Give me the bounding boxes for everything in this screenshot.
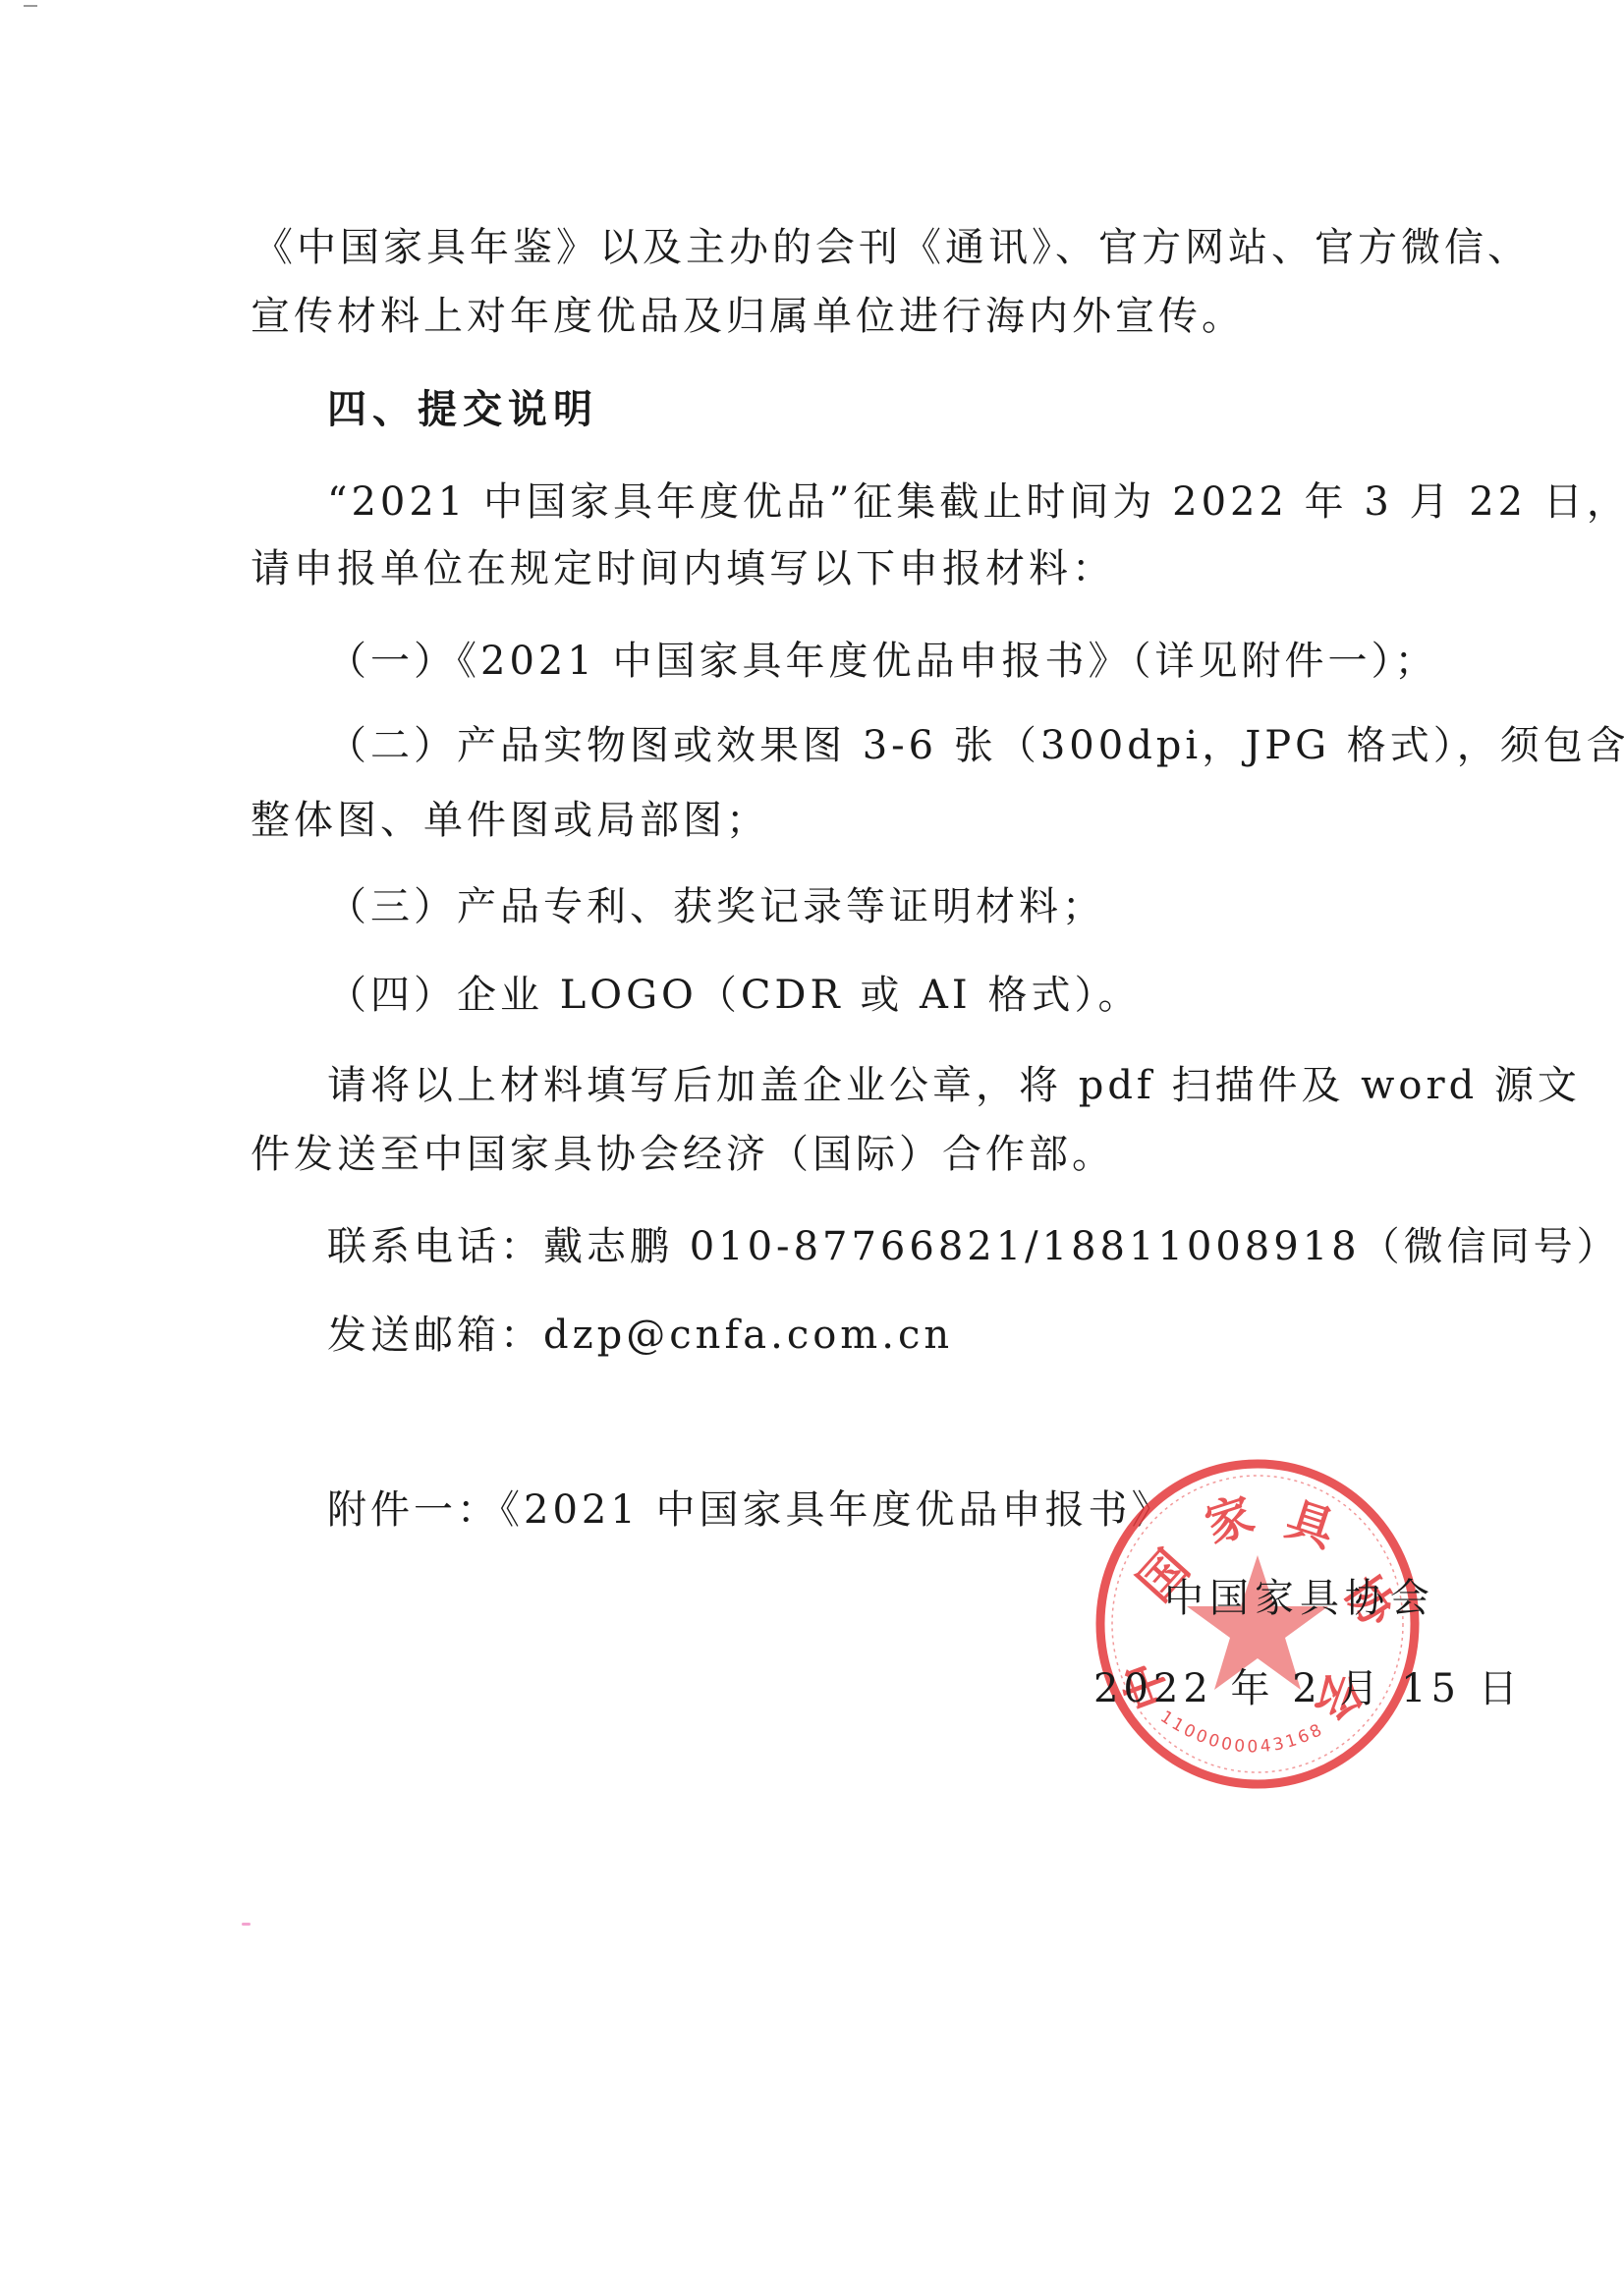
attachment-reference: 附件一：《2021 中国家具年度优品申报书》 [327, 1485, 1175, 1535]
paragraph-publicity-line-1: 《中国家具年鉴》以及主办的会刊《通讯》、官方网站、官方微信、 [253, 223, 1531, 272]
contact-email: 发送邮箱：dzp@cnfa.com.cn [327, 1311, 953, 1360]
svg-text:家: 家 [1199, 1487, 1260, 1554]
list-item-application-form: （一）《2021 中国家具年度优品申报书》（详见附件一）； [327, 637, 1438, 686]
svg-text:具: 具 [1279, 1491, 1343, 1559]
signature-date: 2022 年 2 月 15 日 [1093, 1664, 1523, 1713]
paragraph-deadline-line-2: 请申报单位在规定时间内填写以下申报材料： [251, 544, 1115, 593]
paragraph-submit-line-2: 件发送至中国家具协会经济（国际）合作部。 [251, 1130, 1115, 1179]
paragraph-submit-line-1: 请将以上材料填写后加盖企业公章，将 pdf 扫描件及 word 源文 [327, 1061, 1581, 1110]
section-heading-submission: 四、提交说明 [327, 385, 598, 434]
scan-artifact [24, 5, 37, 7]
svg-text:1100000043168: 1100000043168 [1156, 1707, 1327, 1758]
scan-artifact [242, 1923, 251, 1926]
list-item-logo: （四）企业 LOGO（CDR 或 AI 格式）。 [327, 971, 1141, 1020]
list-item-patents: （三）产品专利、获奖记录等证明材料； [327, 882, 1105, 931]
list-item-product-images-line-1: （二）产品实物图或效果图 3-6 张（300dpi，JPG 格式），须包含 [327, 721, 1624, 770]
paragraph-publicity-line-2: 宣传材料上对年度优品及归属单位进行海内外宣传。 [251, 292, 1245, 341]
paragraph-deadline-line-1: “2021 中国家具年度优品”征集截止时间为 2022 年 3 月 22 日， [327, 477, 1624, 527]
contact-phone: 联系电话：戴志鹏 010-87766821/18811008918（微信同号） [327, 1222, 1620, 1271]
list-item-product-images-line-2: 整体图、单件图或局部图； [251, 796, 769, 845]
signature-organization: 中国家具协会 [1164, 1574, 1435, 1623]
